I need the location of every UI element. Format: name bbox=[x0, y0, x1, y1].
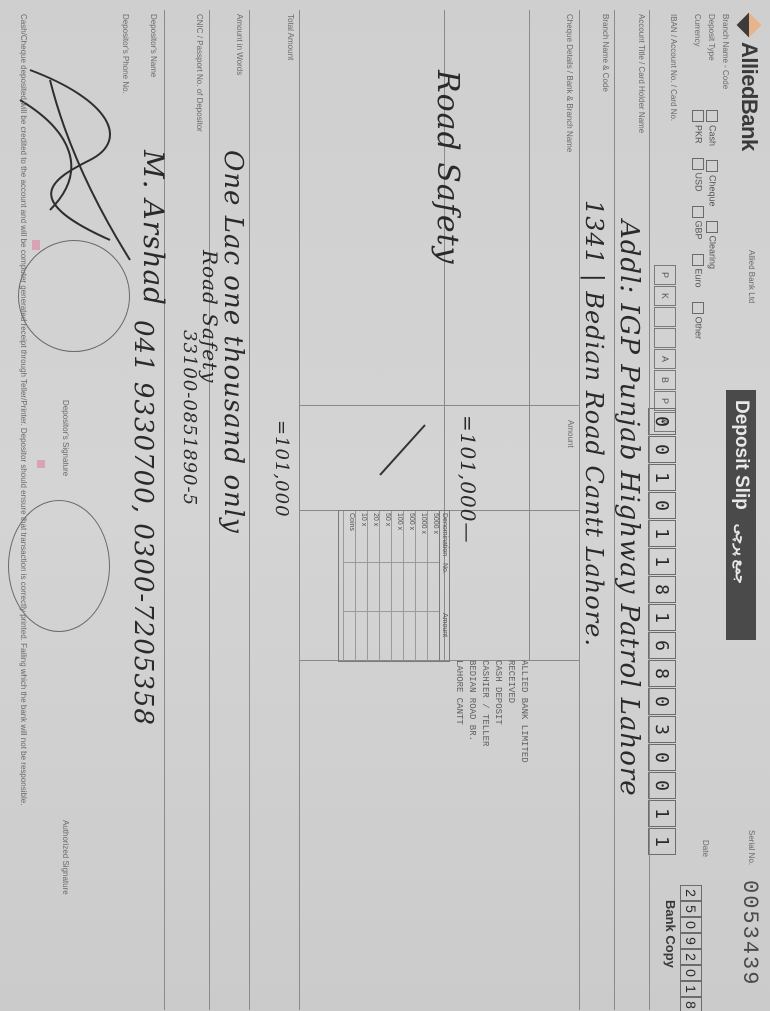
bank-logo: AlliedBank bbox=[736, 14, 762, 151]
checkbox-icon bbox=[706, 221, 718, 233]
iban-prefix-box: B bbox=[654, 370, 676, 390]
depositor-signature-label: Depositor's Signature bbox=[61, 400, 70, 476]
deposit-slip-photo: AlliedBank Allied Bank Ltd Deposit Slip … bbox=[0, 0, 770, 1011]
denomination-row: 500 x bbox=[403, 511, 415, 661]
iban-prefix-box: P bbox=[654, 265, 676, 285]
checkbox-icon bbox=[692, 254, 704, 266]
date-digit-box: 5 bbox=[680, 901, 702, 917]
denomination-empty-cell bbox=[404, 562, 415, 612]
account-digit-box: 3 bbox=[648, 716, 676, 743]
checkbox-icon bbox=[692, 302, 704, 314]
account-digit-box: 1 bbox=[648, 604, 676, 631]
account-digit-box: 1 bbox=[648, 520, 676, 547]
date-digit-box: 8 bbox=[680, 997, 702, 1011]
account-digit-box: 8 bbox=[648, 576, 676, 603]
currency-option[interactable]: PKR bbox=[692, 110, 704, 144]
date-digit-box: 0 bbox=[680, 917, 702, 933]
account-digit-box: 1 bbox=[648, 828, 676, 855]
denomination-cell: 5000 x bbox=[428, 511, 439, 562]
purpose-value: Road Safety bbox=[430, 70, 465, 265]
date-digit-box: 2 bbox=[680, 949, 702, 965]
date-field: 25092018 bbox=[680, 885, 702, 1011]
serial-number: 0053439 bbox=[737, 880, 762, 986]
denomination-empty-cell bbox=[416, 562, 427, 612]
currency-option[interactable]: Other bbox=[692, 302, 704, 340]
denomination-row: 5000 x bbox=[427, 511, 439, 661]
teller-stamp-text: ALLIED BANK LIMITED RECEIVED CASH DEPOSI… bbox=[452, 660, 530, 960]
branch-code-label: Branch Name & Code bbox=[601, 14, 610, 92]
denomination-empty-cell bbox=[356, 611, 367, 661]
currency-label: Currency bbox=[693, 14, 702, 46]
deposit-type-option[interactable]: Clearing bbox=[706, 221, 718, 270]
denomination-cell: Coins bbox=[344, 511, 355, 562]
checkbox-icon bbox=[692, 158, 704, 170]
branch-code-value: 1341 | Bedian Road Cantt Lahore. bbox=[580, 200, 608, 647]
deposit-type-option[interactable]: Cheque bbox=[706, 160, 718, 207]
date-digit-box: 0 bbox=[680, 965, 702, 981]
total-label: Total Amount bbox=[286, 14, 295, 60]
account-digit-box: 0 bbox=[648, 744, 676, 771]
currency-option[interactable]: Euro bbox=[692, 254, 704, 288]
serial-label: Serial No. bbox=[747, 830, 756, 865]
deposit-type-label: Deposit Type bbox=[707, 14, 716, 61]
deposit-type-option[interactable]: Cash bbox=[706, 110, 718, 146]
denomination-empty-cell bbox=[344, 562, 355, 612]
denomination-header: DenominationNo.Amount bbox=[439, 511, 449, 661]
denomination-cell: 10 x bbox=[356, 511, 367, 562]
denomination-table: DenominationNo.Amount 5000 x1000 x500 x1… bbox=[338, 510, 450, 662]
form-title-urdu: جمع پرچی bbox=[733, 524, 750, 584]
currency-option[interactable]: USD bbox=[692, 158, 704, 192]
denomination-row: 50 x bbox=[379, 511, 391, 661]
cnic-label: CNIC / Passport No. of Depositor bbox=[195, 14, 204, 132]
account-digit-box: 1 bbox=[648, 548, 676, 575]
bank-tagline: Allied Bank Ltd bbox=[747, 250, 756, 303]
denomination-row: 20 x bbox=[367, 511, 379, 661]
denomination-empty-cell bbox=[380, 611, 391, 661]
denomination-empty-cell bbox=[428, 562, 439, 612]
account-title-label: Account Title / Card Holder Name bbox=[637, 14, 646, 133]
copy-label: Bank Copy bbox=[663, 900, 678, 968]
authorized-signature-label: Authorized Signature bbox=[61, 820, 70, 895]
denomination-row: 1000 x bbox=[415, 511, 427, 661]
date-digit-box: 2 bbox=[680, 885, 702, 901]
denomination-rows: 5000 x1000 x500 x100 x50 x20 x10 xCoins bbox=[343, 511, 439, 661]
checkbox-icon bbox=[692, 110, 704, 122]
account-digit-box: 0 bbox=[648, 688, 676, 715]
checkbox-icon bbox=[706, 110, 718, 122]
bank-name: AlliedBank bbox=[736, 42, 762, 151]
account-label: IBAN / Account No. / Card No. bbox=[669, 14, 678, 121]
date-digit-box: 9 bbox=[680, 933, 702, 949]
denomination-cell: 100 x bbox=[392, 511, 403, 562]
amount-words-label: Amount in Words bbox=[235, 14, 244, 75]
denomination-empty-cell bbox=[368, 611, 379, 661]
account-digit-box: 0 bbox=[648, 408, 676, 435]
denomination-row: 100 x bbox=[391, 511, 403, 661]
pink-ink-mark bbox=[37, 460, 45, 468]
form-title: Deposit Slip جمع پرچی bbox=[726, 390, 756, 640]
phone-value: 041 9330700, 0300-7205358 bbox=[128, 320, 158, 726]
iban-prefix-box bbox=[654, 328, 676, 348]
denomination-empty-cell bbox=[392, 562, 403, 612]
cheque-details-label: Cheque Details / Bank & Branch Name bbox=[565, 14, 574, 152]
denomination-empty-cell bbox=[428, 611, 439, 661]
denomination-row: 10 x bbox=[355, 511, 367, 661]
account-digit-box: 0 bbox=[648, 492, 676, 519]
account-digit-box: 6 bbox=[648, 632, 676, 659]
denomination-cell: 500 x bbox=[404, 511, 415, 562]
amount-label: Amount bbox=[566, 420, 575, 448]
account-digit-box: 1 bbox=[648, 464, 676, 491]
denomination-header-cell: Denomination bbox=[440, 511, 449, 561]
denomination-row: Coins bbox=[343, 511, 355, 661]
account-digit-box: 1 bbox=[648, 800, 676, 827]
round-stamp bbox=[18, 240, 130, 352]
denomination-empty-cell bbox=[392, 611, 403, 661]
cnic-value: 33100-0851890-5 bbox=[179, 330, 200, 506]
branch-label: Branch Name - Code bbox=[721, 14, 730, 89]
iban-prefix-box: A bbox=[654, 349, 676, 369]
account-title-value: Addl: IGP Punjab Highway Patrol Lahore bbox=[614, 220, 644, 797]
slash-mark bbox=[370, 420, 430, 480]
amount-words-value-2: Road Safety bbox=[198, 250, 222, 383]
iban-prefix-box: K bbox=[654, 286, 676, 306]
account-digit-box: 8 bbox=[648, 660, 676, 687]
footer-disclaimer: Cash/Cheque deposited will be credited t… bbox=[18, 14, 28, 1004]
account-digit-box: 0 bbox=[648, 436, 676, 463]
date-digit-box: 1 bbox=[680, 981, 702, 997]
denomination-cell: 50 x bbox=[380, 511, 391, 562]
account-digit-box: 0 bbox=[648, 772, 676, 799]
denomination-header-cell: Amount bbox=[440, 611, 449, 661]
currency-option[interactable]: GBP bbox=[692, 206, 704, 240]
total-value: =101,000 bbox=[271, 420, 292, 518]
denomination-empty-cell bbox=[416, 611, 427, 661]
account-number-field: 0010118168030011 bbox=[648, 408, 676, 856]
denomination-empty-cell bbox=[356, 562, 367, 612]
depositor-name-label: Depositor's Name bbox=[149, 14, 158, 77]
amount-value: =101,000— bbox=[456, 415, 480, 543]
iban-prefix-box bbox=[654, 307, 676, 327]
teller-stamp: ALLIED BANK LIMITED RECEIVED CASH DEPOSI… bbox=[300, 660, 530, 960]
denomination-cell: 20 x bbox=[368, 511, 379, 562]
allied-bank-logo-icon bbox=[737, 13, 762, 38]
pink-ink-mark bbox=[32, 240, 40, 250]
denomination-empty-cell bbox=[404, 611, 415, 661]
deposit-type-options: CashChequeClearing bbox=[706, 110, 718, 269]
amount-words-value: One Lac one thousand only bbox=[218, 150, 248, 534]
denomination-empty-cell bbox=[344, 611, 355, 661]
date-label: Date bbox=[701, 840, 710, 857]
denomination-cell: 1000 x bbox=[416, 511, 427, 562]
checkbox-icon bbox=[706, 160, 718, 172]
denomination-empty-cell bbox=[380, 562, 391, 612]
form-title-text: Deposit Slip bbox=[730, 400, 752, 510]
currency-options: PKRUSDGBPEuroOther bbox=[692, 110, 704, 339]
checkbox-icon bbox=[692, 206, 704, 218]
denomination-empty-cell bbox=[368, 562, 379, 612]
denomination-header-cell: No. bbox=[440, 561, 449, 611]
